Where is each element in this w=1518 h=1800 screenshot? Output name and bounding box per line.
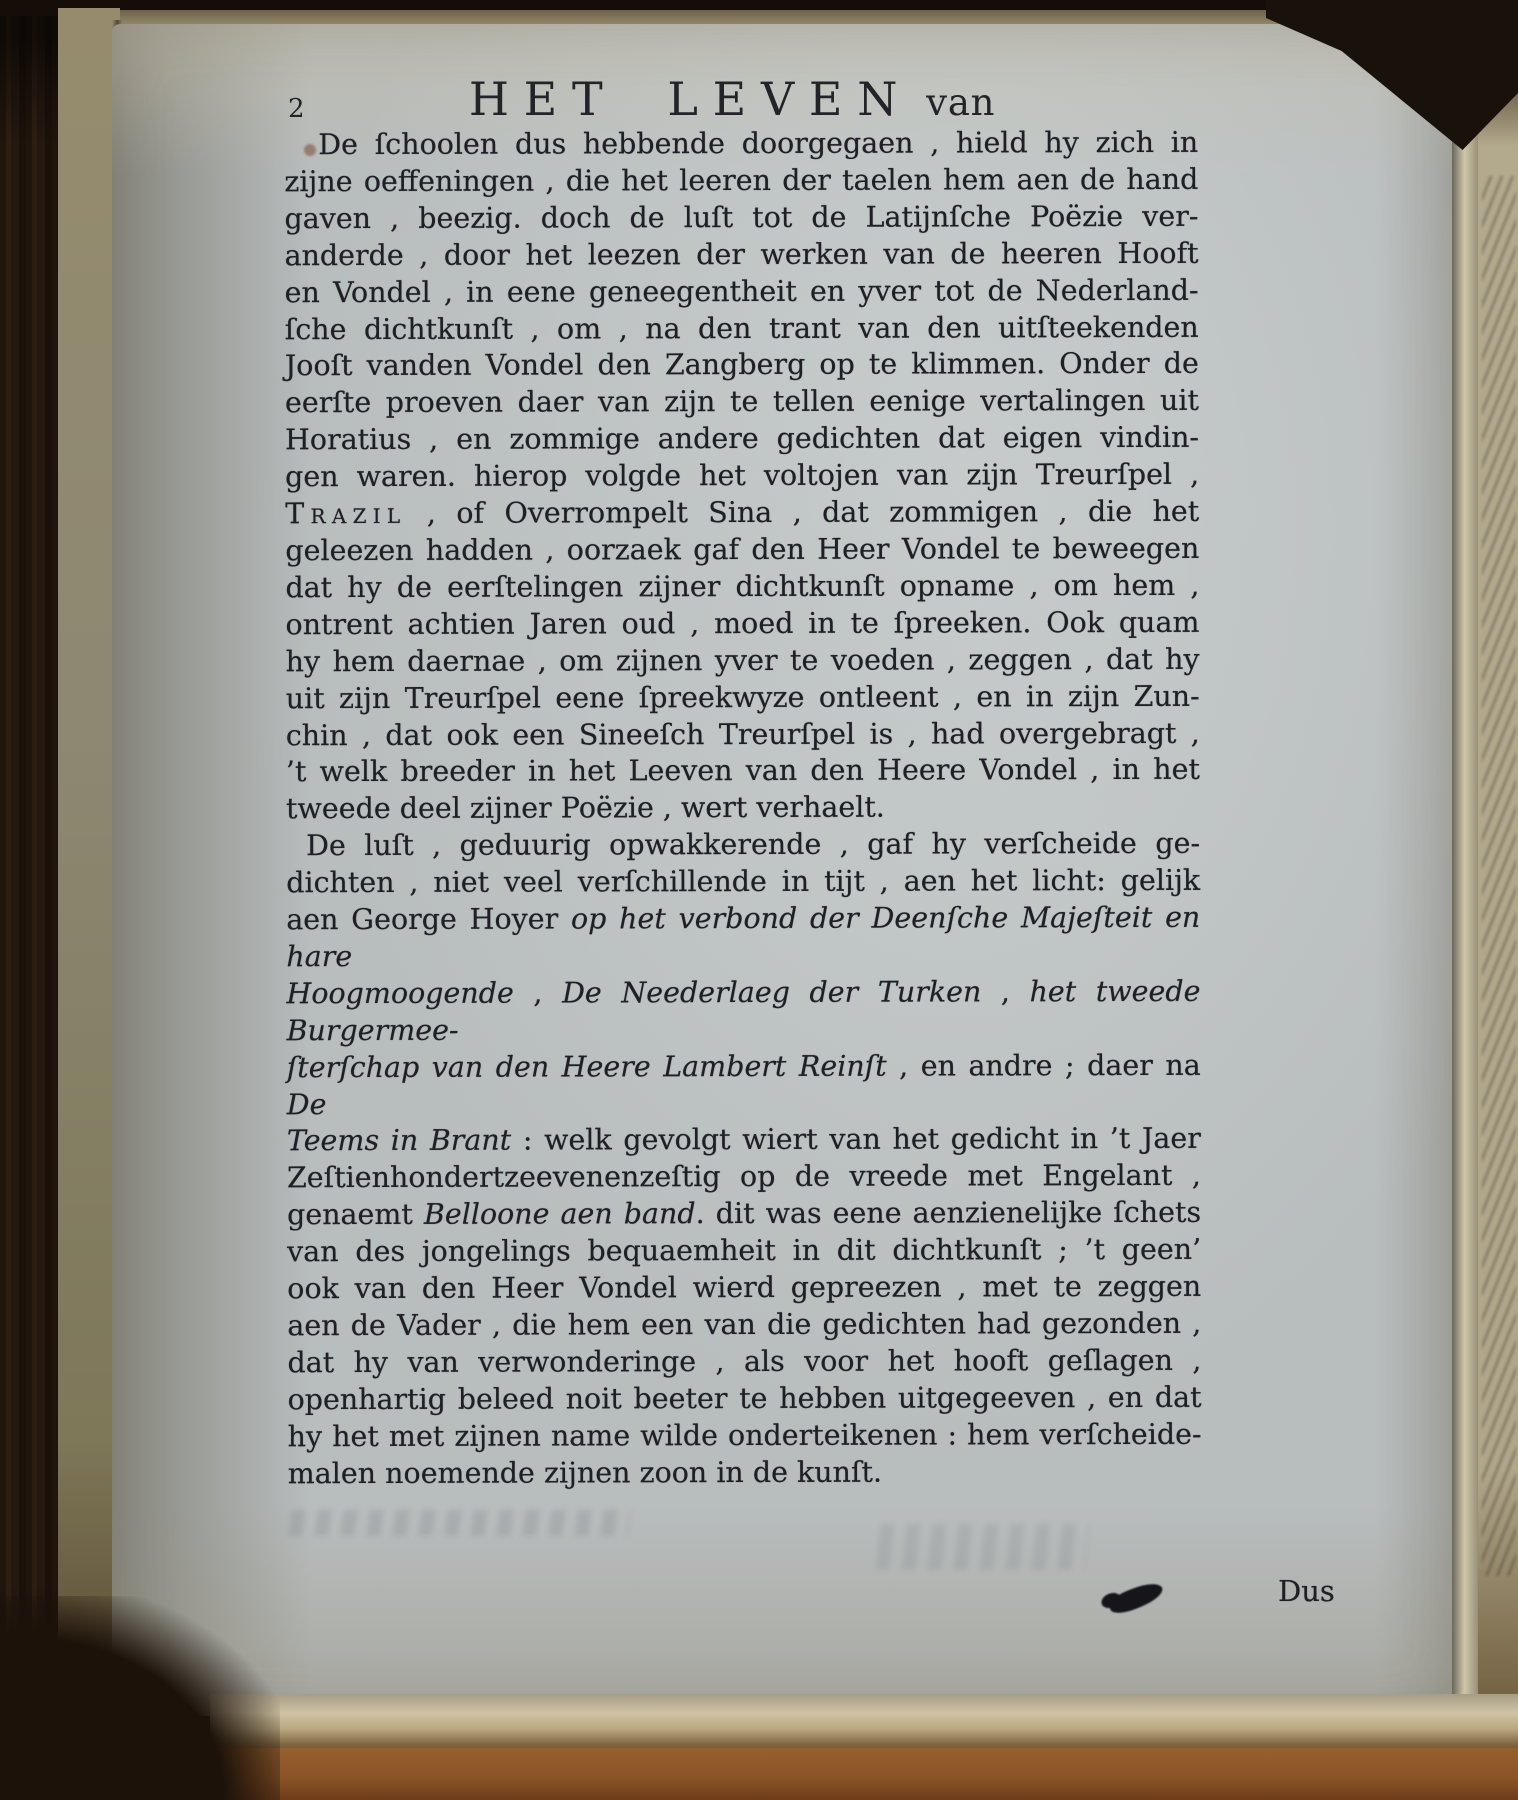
body-text: : welk gevolgt wiert van het gedicht in … (511, 1122, 1201, 1157)
text-line: openhartig beleed noit beeter te hebben … (287, 1380, 1201, 1419)
text-line: Teems in Brant : welk gevolgt wiert van … (287, 1121, 1201, 1160)
body-text: ontrent achtien Jaren oud , moed in te ſ… (285, 606, 1199, 641)
text-line: ’t welk breeder in het Leeven van den He… (286, 752, 1200, 791)
text-line: eerſte proeven daer van zijn te tellen e… (285, 383, 1199, 422)
text-line: gaven , beezig. doch de luſt tot de Lati… (284, 199, 1198, 238)
text-line: Trazil , of Overrompelt Sina , dat zommi… (285, 494, 1199, 533)
body-text: dat hy de eerſtelingen zijner dichtkunſt… (285, 569, 1199, 604)
text-line: dichten , niet veel verſchillende in tij… (286, 863, 1200, 902)
text-line: aen George Hoyer op het verbond der Deen… (286, 900, 1200, 976)
italic-text: De Neederlaeg der Turken (562, 975, 981, 1009)
body-text: zijne oeffeningen , die het leeren der t… (284, 163, 1198, 198)
text-line: en Vondel , in eene geneegentheit en yve… (285, 272, 1199, 311)
text-line: malen noemende zijnen zoon in de kunſt. (288, 1453, 1202, 1492)
text-line: Zeſtienhondertzeevenenzeſtig op de vreed… (287, 1158, 1201, 1197)
text-line: anderde , door het leezen der werken van… (285, 236, 1199, 275)
body-text: malen noemende zijnen zoon in de kunſt. (288, 1455, 882, 1490)
text-line: ſterſchap van den Heere Lambert Reinſt ,… (287, 1047, 1201, 1123)
text-block: De ſchoolen dus hebbende doorgegaen , hi… (284, 125, 1202, 1493)
body-text: , (514, 976, 562, 1009)
body-text: Horatius , en zommige andere gedichten d… (285, 421, 1199, 456)
show-through-text (288, 1510, 632, 1536)
page-fore-edge (1452, 28, 1480, 1720)
body-text: gaven , beezig. doch de luſt tot de Lati… (284, 200, 1198, 235)
header-title-wrap: HET LEVENvan (112, 72, 1352, 126)
body-text: , (981, 975, 1029, 1008)
body-text: ook van den Heer Vondel wierd gepreezen … (287, 1270, 1201, 1305)
text-line: ontrent achtien Jaren oud , moed in te ſ… (285, 605, 1199, 644)
body-text: eerſte proeven daer van zijn te tellen e… (285, 384, 1199, 419)
header-suffix: van (926, 81, 995, 124)
body-text: dat hy van verwonderinge , als voor het … (287, 1344, 1201, 1379)
book-cover-edge (58, 8, 120, 1800)
body-text: . dit was eene aenzienelijke ſchets (696, 1196, 1202, 1230)
body-text: tweede deel zijner Poëzie , wert verhael… (286, 791, 885, 826)
text-line: hy hem daernae , om zijnen yver te voede… (286, 641, 1200, 680)
italic-text: Teems in Brant (287, 1124, 511, 1158)
body-text: gen waren. hierop volgde het voltojen va… (285, 458, 1199, 493)
text-line: ſche dichtkunſt , om , na den trant van … (285, 309, 1199, 348)
body-text: De luſt , geduurig opwakkerende , gaf hy… (306, 827, 1200, 862)
body-text: , en andre ; daer na (887, 1048, 1201, 1082)
text-line: aen de Vader , die hem een van die gedic… (287, 1306, 1201, 1345)
catchword-row: Dus (112, 1564, 1464, 1624)
body-text: chin , dat ook een Sineeſch Treurſpel is… (286, 716, 1200, 751)
text-line: hy het met zijnen name wilde onderteiken… (288, 1417, 1202, 1456)
text-line: dat hy van verwonderinge , als voor het … (287, 1343, 1201, 1382)
italic-text: Hoogmoogende (286, 976, 513, 1010)
text-line: genaemt Belloone aen band. dit was eene … (287, 1195, 1201, 1234)
body-text: aen de Vader , die hem een van die gedic… (287, 1307, 1201, 1342)
body-text: dichten , niet veel verſchillende in tij… (286, 864, 1200, 899)
text-line: gen waren. hierop volgde het voltojen va… (285, 457, 1199, 496)
text-line: Jooſt vanden Vondel den Zangberg op te k… (285, 346, 1199, 385)
running-header: 2 HET LEVENvan (112, 72, 1352, 132)
text-line: De luſt , geduurig opwakkerende , gaf hy… (286, 826, 1200, 865)
table-wood (0, 0, 64, 1800)
body-text: De ſchoolen dus hebbende doorgegaen , hi… (318, 126, 1198, 161)
catchword: Dus (1278, 1574, 1335, 1608)
text-line: De ſchoolen dus hebbende doorgegaen , hi… (284, 125, 1198, 164)
book-page: 2 HET LEVENvan De ſchoolen dus hebbende … (112, 24, 1464, 1716)
text-line: dat hy de eerſtelingen zijner dichtkunſt… (285, 568, 1199, 607)
text-line: uit zijn Treurſpel eene ſpreekwyze ontle… (286, 678, 1200, 717)
text-line: Horatius , en zommige andere gedichten d… (285, 420, 1199, 459)
italic-text: De (287, 1088, 327, 1121)
next-page-sliver (1478, 56, 1518, 1720)
body-text: uit zijn Treurſpel eene ſpreekwyze ontle… (286, 679, 1200, 714)
table-wood-corner (0, 1596, 280, 1800)
body-text: genaemt (287, 1198, 424, 1231)
italic-text: ſterſchap van den Heere Lambert Reinſt (287, 1049, 887, 1084)
body-text: van des jongelings bequaemheit in dit di… (287, 1233, 1201, 1268)
ink-blot (1106, 1578, 1165, 1618)
body-text: hy hem daernae , om zijnen yver te voede… (286, 642, 1200, 677)
text-line: ook van den Heer Vondel wierd gepreezen … (287, 1269, 1201, 1308)
text-line: tweede deel zijner Poëzie , wert verhael… (286, 789, 1200, 828)
body-text: hy het met zijnen name wilde onderteiken… (288, 1418, 1202, 1453)
body-text: openhartig beleed noit beeter te hebben … (288, 1381, 1202, 1416)
body-text: en Vondel , in eene geneegentheit en yve… (285, 273, 1199, 308)
body-text: Zeſtienhondertzeevenenzeſtig op de vreed… (287, 1159, 1201, 1194)
body-text: ’t welk breeder in het Leeven van den He… (286, 753, 1200, 788)
body-text: , of Overrompelt Sina , dat zommigen , d… (406, 495, 1199, 530)
body-text: anderde , door het leezen der werken van… (285, 237, 1199, 272)
body-text: Jooſt vanden Vondel den Zangberg op te k… (285, 347, 1199, 382)
text-line: chin , dat ook een Sineeſch Treurſpel is… (286, 715, 1200, 754)
smallcaps-text: Trazil (285, 497, 406, 530)
header-title: HET LEVEN (469, 72, 912, 126)
text-line: geleezen hadden , oorzaek gaf den Heer V… (285, 531, 1199, 570)
body-text: aen George Hoyer (286, 902, 571, 936)
book-photo: 2 HET LEVENvan De ſchoolen dus hebbende … (0, 0, 1518, 1800)
body-text: geleezen hadden , oorzaek gaf den Heer V… (285, 532, 1199, 567)
italic-text: Belloone aen band (424, 1197, 696, 1231)
next-page-text-hint (1482, 176, 1516, 1576)
text-line: van des jongelings bequaemheit in dit di… (287, 1232, 1201, 1271)
book-cover-bottom (70, 1748, 1518, 1800)
body-text: ſche dichtkunſt , om , na den trant van … (285, 310, 1199, 345)
text-line: Hoogmoogende , De Neederlaeg der Turken … (286, 974, 1200, 1050)
text-line: zijne oeffeningen , die het leeren der t… (284, 162, 1198, 201)
